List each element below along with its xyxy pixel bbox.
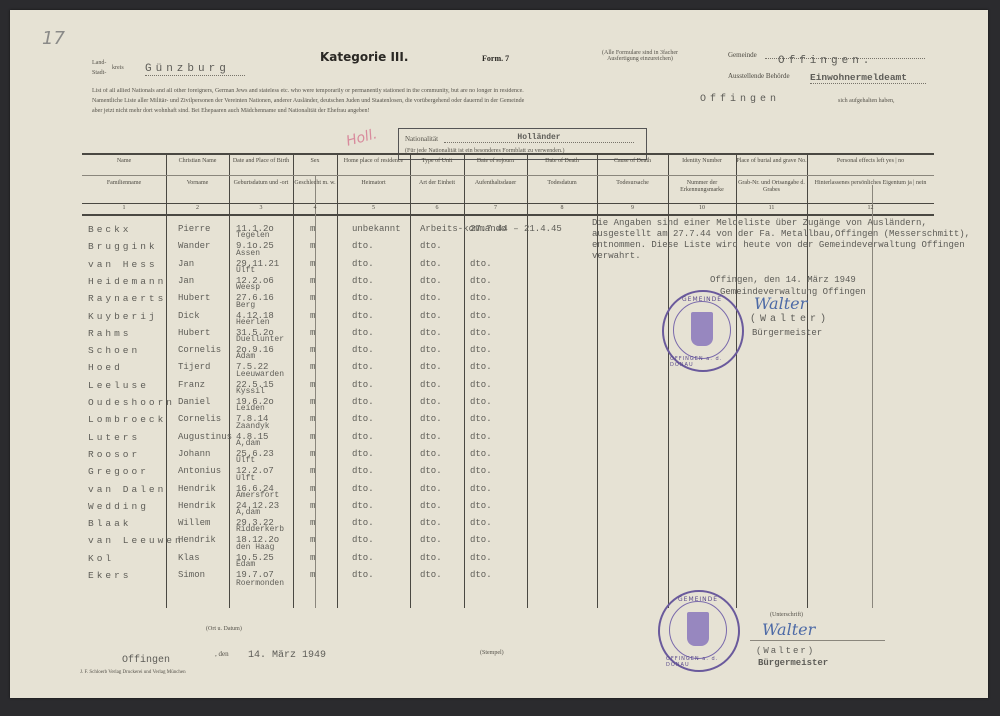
unit-type: dto. <box>420 501 442 511</box>
date-caption: (Ort u. Datum) <box>206 626 242 632</box>
column-header-english: Date of sojourn <box>464 158 527 165</box>
home-residence: dto. <box>352 241 374 251</box>
birth-place: Ulft <box>236 267 255 275</box>
birth-place: Zaandyk <box>236 423 270 431</box>
home-residence: dto. <box>352 518 374 528</box>
sojourn-date: dto. <box>470 276 492 286</box>
family-name: Kuyberij <box>88 311 158 322</box>
page-number: 17 <box>42 28 65 49</box>
family-name: van Leeuwen <box>88 535 184 546</box>
column-number: 12 <box>807 205 934 212</box>
stamp-bottom-text: OFFINGEN a. d. DONAU <box>666 656 738 668</box>
note-line-2: ausgestellt am 27.7.44 von der Fa. Metal… <box>592 229 970 240</box>
column-header-english: Home place of residence <box>337 158 410 165</box>
birth-place: Heerlen <box>236 319 270 327</box>
unit-type: dto. <box>420 345 442 355</box>
coat-of-arms-icon <box>687 612 709 646</box>
unit-type: dto. <box>420 466 442 476</box>
sex: m <box>310 293 315 303</box>
gemeinde-value: Offingen. <box>778 55 873 67</box>
given-name: Franz <box>178 380 205 390</box>
intro-line-english: List of all allied Nationals and all oth… <box>92 88 732 94</box>
family-name: Kol <box>88 553 114 564</box>
unit-type: dto. <box>420 553 442 563</box>
given-name: Cornelis <box>178 414 221 424</box>
family-name: Roosor <box>88 449 140 460</box>
col-divider <box>229 153 230 608</box>
home-residence: dto. <box>352 570 374 580</box>
family-name: Bruggink <box>88 241 158 252</box>
footer-signer: (Walter) <box>756 646 815 656</box>
given-name: Hendrik <box>178 484 216 494</box>
sex: m <box>310 553 315 563</box>
sex: m <box>310 484 315 494</box>
unit-type: dto. <box>420 276 442 286</box>
header-divider <box>82 175 934 176</box>
home-residence: dto. <box>352 466 374 476</box>
sojourn-date: dto. <box>470 380 492 390</box>
landkreis-label-stadt: Stadt- <box>92 70 106 76</box>
family-name: Gregoor <box>88 466 149 477</box>
gemeinde-label: Gemeinde <box>728 51 757 59</box>
sojourn-date: dto. <box>470 293 492 303</box>
birth-place: A,dam <box>236 509 260 517</box>
column-number: 4 <box>293 205 337 212</box>
coat-of-arms-icon <box>691 312 713 346</box>
column-number: 9 <box>597 205 668 212</box>
footer-signature: Walter <box>762 620 815 639</box>
stamp-caption: (Stempel) <box>480 650 504 656</box>
birth-place: Leiden <box>236 405 265 413</box>
intro-line-german: Namentliche Liste aller Militär- und Ziv… <box>92 98 524 104</box>
column-number: 5 <box>337 205 410 212</box>
home-residence: dto. <box>352 362 374 372</box>
birth-place: A,dam <box>236 440 260 448</box>
sojourn-date: dto. <box>470 432 492 442</box>
birth-place: Roermonden <box>236 580 284 588</box>
family-name: Lombroeck <box>88 414 166 425</box>
sex: m <box>310 432 315 442</box>
family-name: Luters <box>88 432 140 443</box>
family-name: Ekers <box>88 570 132 581</box>
home-residence: dto. <box>352 328 374 338</box>
birth-place: Tegelen <box>236 232 270 240</box>
sojourn-date: dto. <box>470 535 492 545</box>
note-place-date: Offingen, den 14. März 1949 <box>710 275 856 285</box>
landkreis-label-kreis: kreis <box>112 65 124 71</box>
home-residence: dto. <box>352 397 374 407</box>
given-name: Tijerd <box>178 362 210 372</box>
birth-place: Duellunter <box>236 336 284 344</box>
document-page: 17 Land- Stadt- kreis Günzburg Kategorie… <box>10 10 988 698</box>
unit-type: dto. <box>420 432 442 442</box>
column-header-english: Cause of Death <box>597 158 668 165</box>
home-residence: dto. <box>352 449 374 459</box>
given-name: Hendrik <box>178 501 216 511</box>
sex: m <box>310 535 315 545</box>
unit-type: dto. <box>420 414 442 424</box>
red-pencil-mark: Holl. <box>344 126 378 150</box>
sojourn-date: dto. <box>470 518 492 528</box>
column-header-german: Nummer der Erkennungsmarke <box>668 180 736 194</box>
unit-type: dto. <box>420 311 442 321</box>
family-name: Wedding <box>88 501 149 512</box>
given-name: Jan <box>178 276 194 286</box>
column-header-german: Hinterlassenes persönliches Eigentum ja … <box>807 180 934 187</box>
column-number: 8 <box>527 205 597 212</box>
given-name: Johann <box>178 449 210 459</box>
sojourn-date: dto. <box>470 328 492 338</box>
unit-type: dto. <box>420 380 442 390</box>
municipal-stamp: GEMEINDE OFFINGEN a. d. DONAU <box>662 290 744 372</box>
document-title: Kategorie III. <box>320 50 408 64</box>
nationality-box: Nationalität Holländer (Für jede Nationa… <box>398 128 647 160</box>
given-name: Augustinus <box>178 432 232 442</box>
given-name: Hubert <box>178 328 210 338</box>
column-number: 3 <box>229 205 293 212</box>
family-name: Blaak <box>88 518 132 529</box>
birth-place: Assen <box>236 250 260 258</box>
sex: m <box>310 501 315 511</box>
behoerde-value: Einwohnermeldeamt <box>810 72 926 84</box>
col-divider <box>410 153 411 608</box>
home-residence: dto. <box>352 380 374 390</box>
sex: m <box>310 259 315 269</box>
family-name: Hoed <box>88 362 123 373</box>
sex: m <box>310 276 315 286</box>
intro-place: Offingen <box>700 94 780 105</box>
family-name: Raynaerts <box>88 293 166 304</box>
sex: m <box>310 345 315 355</box>
home-residence: dto. <box>352 484 374 494</box>
footer-den-label: , den <box>215 650 229 658</box>
given-name: Antonius <box>178 466 221 476</box>
home-residence: dto. <box>352 553 374 563</box>
home-residence: unbekannt <box>352 224 401 234</box>
family-name: Leeluse <box>88 380 149 391</box>
nationality-label: Nationalität <box>405 135 438 143</box>
footer-place: Offingen <box>122 655 170 666</box>
home-residence: dto. <box>352 535 374 545</box>
birth-place: Kyssil <box>236 388 265 396</box>
sex: m <box>310 518 315 528</box>
col-divider <box>464 153 465 608</box>
col-divider <box>527 153 528 608</box>
birth-place: Leeuwarden <box>236 371 284 379</box>
unit-type: dto. <box>420 397 442 407</box>
note-line-1: Die Angaben sind einer Meldeliste über Z… <box>592 218 970 229</box>
column-number: 2 <box>166 205 229 212</box>
unit-type: dto. <box>420 259 442 269</box>
home-residence: dto. <box>352 501 374 511</box>
column-header-german: Todesursache <box>597 180 668 187</box>
sojourn-date: dto. <box>470 414 492 424</box>
column-header-english: Type of Unit <box>410 158 464 165</box>
column-header-german: Heimatort <box>337 180 410 187</box>
sex: m <box>310 328 315 338</box>
home-residence: dto. <box>352 276 374 286</box>
note-line-4: verwahrt. <box>592 251 970 262</box>
column-header-english: Place of burial and grave No. <box>736 158 807 165</box>
printer-imprint: J. F. Schloerb Verlag Druckerei und Verl… <box>80 670 186 675</box>
sex: m <box>310 241 315 251</box>
column-number: 10 <box>668 205 736 212</box>
birth-place: Edam <box>236 561 255 569</box>
sex: m <box>310 414 315 424</box>
signature-line <box>750 640 885 641</box>
sojourn-date: dto. <box>470 484 492 494</box>
home-residence: dto. <box>352 311 374 321</box>
family-name: van Dalen <box>88 484 166 495</box>
stamp-top-text: GEMEINDE <box>678 596 718 603</box>
sojourn-date: dto. <box>470 501 492 511</box>
column-header-english: Christian Name <box>166 158 229 165</box>
sex: m <box>310 224 315 234</box>
sojourn-date: dto. <box>470 259 492 269</box>
family-name: Rahms <box>88 328 132 339</box>
note-line-3: entnommen. Diese Liste wird heute von de… <box>592 240 970 251</box>
given-name: Wander <box>178 241 210 251</box>
column-header-german: Vorname <box>166 180 229 187</box>
sex: m <box>310 311 315 321</box>
home-residence: dto. <box>352 259 374 269</box>
given-name: Daniel <box>178 397 210 407</box>
sex: m <box>310 362 315 372</box>
sex: m <box>310 397 315 407</box>
form-number: Form. 7 <box>482 54 509 63</box>
column-header-german: Aufenthaltsdauer <box>464 180 527 187</box>
home-residence: dto. <box>352 414 374 424</box>
sojourn-date: dto. <box>470 449 492 459</box>
intro-line-instructions: aber jetzt nicht mehr dort wohnhaft sind… <box>92 108 370 114</box>
birth-place: Ulft <box>236 457 255 465</box>
unit-type: dto. <box>420 570 442 580</box>
intro-line-german-end: sich aufgehalten haben, <box>838 98 894 104</box>
column-header-english: Date of Death <box>527 158 597 165</box>
footer-date: 14. März 1949 <box>248 650 326 661</box>
given-name: Cornelis <box>178 345 221 355</box>
behoerde-label: Ausstellende Behörde <box>728 72 790 80</box>
unit-type: dto. <box>420 328 442 338</box>
family-name: Oudeshoorn <box>88 397 175 408</box>
birth-place: Berg <box>236 302 255 310</box>
sojourn-date: dto. <box>470 311 492 321</box>
column-header-english: Name <box>82 158 166 165</box>
column-header-english: Sex <box>293 158 337 165</box>
column-number: 7 <box>464 205 527 212</box>
unit-type: dto. <box>420 535 442 545</box>
column-header-german: Geschlecht m. w. <box>293 180 337 187</box>
column-number: 11 <box>736 205 807 212</box>
given-name: Pierre <box>178 224 210 234</box>
landkreis-value: Günzburg <box>145 63 245 76</box>
given-name: Klas <box>178 553 200 563</box>
sex: m <box>310 380 315 390</box>
unit-type: dto. <box>420 241 442 251</box>
note-block: Die Angaben sind einer Meldeliste über Z… <box>592 218 970 262</box>
sex: m <box>310 466 315 476</box>
birth-place: den Haag <box>236 544 274 552</box>
stamp-bottom-text: OFFINGEN a. d. DONAU <box>670 356 742 368</box>
sojourn-date: dto. <box>470 553 492 563</box>
column-number: 1 <box>82 205 166 212</box>
family-name: van Hess <box>88 259 158 270</box>
unit-type: dto. <box>420 449 442 459</box>
sex: m <box>310 449 315 459</box>
unit-type: dto. <box>420 293 442 303</box>
municipal-stamp-footer: GEMEINDE OFFINGEN a. d. DONAU <box>658 590 740 672</box>
given-name: Jan <box>178 259 194 269</box>
landkreis-label-land: Land- <box>92 60 106 66</box>
column-header-english: Identity Number <box>668 158 736 165</box>
column-header-german: Familienname <box>82 180 166 187</box>
column-header-german: Todesdatum <box>527 180 597 187</box>
column-header-german: Grab-Nr. und Ortsangabe d. Grabes <box>736 180 807 194</box>
column-number: 6 <box>410 205 464 212</box>
given-name: Willem <box>178 518 210 528</box>
family-name: Schoen <box>88 345 140 356</box>
stamp-top-text: GEMEINDE <box>682 296 722 303</box>
sojourn-date: dto. <box>470 570 492 580</box>
home-residence: dto. <box>352 345 374 355</box>
given-name: Dick <box>178 311 200 321</box>
given-name: Simon <box>178 570 205 580</box>
sojourn-date: dto. <box>470 397 492 407</box>
family-name: Heidemann <box>88 276 166 287</box>
birth-place: Ulft <box>236 475 255 483</box>
unit-type: dto. <box>420 362 442 372</box>
note-signer: (Walter) <box>750 314 830 325</box>
col-divider <box>337 153 338 608</box>
birth-place: Ridderkerb <box>236 526 284 534</box>
birth-place: Amersfort <box>236 492 279 500</box>
signature-caption: (Unterschrift) <box>770 612 803 618</box>
column-header-german: Art der Einheit <box>410 180 464 187</box>
given-name: Hubert <box>178 293 210 303</box>
unit-type: dto. <box>420 484 442 494</box>
note-signer-title: Bürgermeister <box>752 328 822 338</box>
col-divider <box>293 153 294 608</box>
home-residence: dto. <box>352 293 374 303</box>
birth-place: Adam <box>236 353 255 361</box>
sojourn-date: dto. <box>470 466 492 476</box>
family-name: Beckx <box>88 224 132 235</box>
column-header-german: Geburtsdatum und -ort <box>229 180 293 187</box>
sojourn-date: dto. <box>470 362 492 372</box>
birth-place: Weesp <box>236 284 260 292</box>
column-header-english: Personal effects left yes | no <box>807 158 934 165</box>
home-residence: dto. <box>352 432 374 442</box>
footer-signer-title: Bürgermeister <box>758 658 828 668</box>
sojourn-date: dto. <box>470 345 492 355</box>
nationality-value: Holländer <box>444 133 634 143</box>
given-name: Hendrik <box>178 535 216 545</box>
sojourn-date: 27.7.44 – 21.4.45 <box>470 224 562 234</box>
unit-type: dto. <box>420 518 442 528</box>
note-signature: Walter <box>754 294 807 313</box>
sex: m <box>310 570 315 580</box>
column-header-english: Date and Place of Birth <box>229 158 293 165</box>
form-note: (Alle Formulare sind in 3facher Ausferti… <box>590 50 690 62</box>
